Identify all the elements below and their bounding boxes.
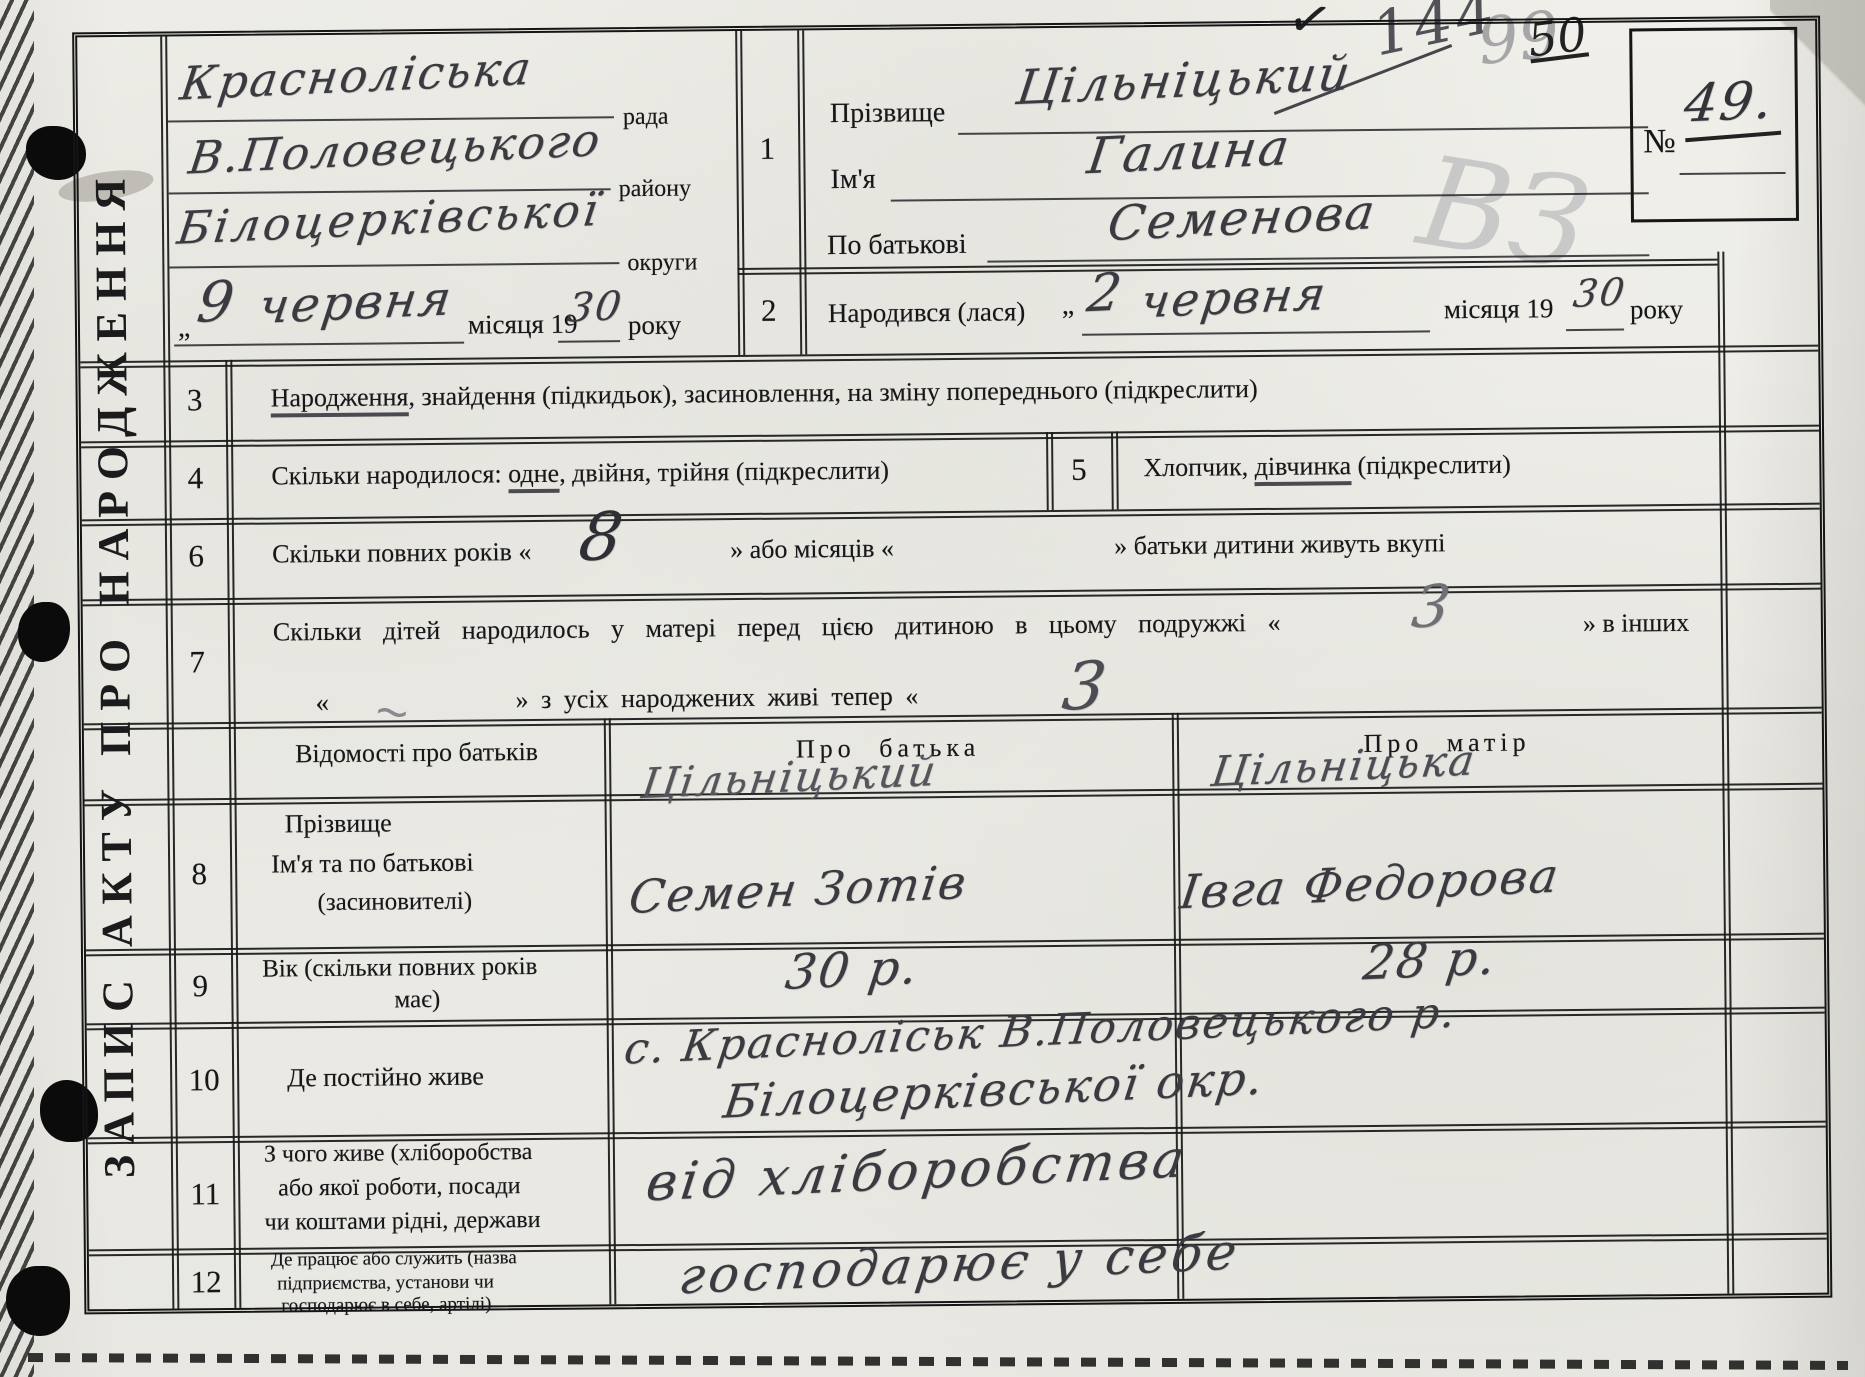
month-19-label: місяця 19 (1444, 293, 1554, 325)
district-entry: В.Половецького (186, 113, 605, 184)
row11-label-line3: чи коштами рідні, держави (264, 1207, 540, 1237)
row7-alive-now-label: » з усіх народжених живі тепер « (515, 681, 918, 715)
row6-live-together-label: » батьки дитини живуть вкупі (1114, 528, 1446, 561)
rule-line (84, 783, 1822, 807)
council-label: рада (623, 104, 669, 131)
perforated-bottom-edge (28, 1353, 1848, 1370)
write-line (1082, 330, 1430, 335)
write-line (174, 342, 464, 347)
month-19-label: місяця 19 (468, 309, 578, 341)
row1-number: 1 (736, 130, 798, 167)
rule-line (604, 718, 617, 1304)
rule-line (82, 503, 1820, 527)
children-this-marriage-entry: 3 (1408, 571, 1456, 641)
rule-line (1717, 252, 1734, 1294)
row12-label-line3: господарює в себе, артілі) (281, 1293, 491, 1317)
livelihood-entry: від хліборобства (643, 1129, 1192, 1213)
row8-label-line1: Прізвище (285, 808, 392, 839)
row8-label-line2: Ім'я та по батькові (271, 848, 474, 880)
parents-info-header: Відомості про батьків (229, 736, 604, 770)
row9-number: 9 (169, 968, 231, 1005)
row12-label-line2: підприємства, установи чи (277, 1271, 494, 1295)
write-line (1680, 172, 1786, 175)
born-label: Народився (лася) (828, 296, 1026, 329)
row6-years-label: Скільки повних років « (272, 537, 532, 569)
row11-number: 11 (171, 1176, 239, 1213)
underlined-girl: дівчинка (1255, 451, 1352, 486)
row12-number: 12 (172, 1264, 240, 1301)
registration-day-entry: 9 (193, 269, 239, 336)
form-side-title: ЗАПИС АКТУ ПРО НАРОДЖЕННЯ (83, 37, 167, 1310)
row7-number: 7 (166, 644, 228, 681)
row11-label-line1: З чого живе (хліборобства (264, 1139, 533, 1169)
registration-month-entry: червня (256, 270, 457, 335)
open-guillemet: « (315, 687, 329, 718)
years-married-entry: 8 (575, 497, 629, 576)
patronymic-label: По батькові (827, 229, 967, 262)
underlined-single-birth: одне (508, 459, 559, 493)
father-name-entry: Семен Зотів (626, 855, 971, 924)
scanned-birth-record-page: ✓ 144 99 50 ВЗ ЗАПИС АКТУ ПРО НАРОДЖЕННЯ… (0, 0, 1865, 1377)
row4-number: 4 (164, 460, 226, 497)
row4-rest: , двійня, трійня (підкреслити) (559, 456, 889, 488)
row4-prefix: Скільки народилося: (271, 459, 508, 490)
form-frame: ЗАПИС АКТУ ПРО НАРОДЖЕННЯ Красноліська р… (72, 16, 1832, 1315)
village-council-entry: Красноліська (177, 41, 536, 111)
pencil-dash-entry: ∼ (369, 683, 415, 740)
rule-line (83, 583, 1821, 607)
row10-label: Де постійно живе (287, 1062, 484, 1094)
row8-label-line3: (засиновителі) (317, 888, 472, 917)
rule-line (225, 360, 241, 1308)
row11-label-line2: або якої роботи, посади (278, 1173, 521, 1202)
row6-months-label: » або місяців « (730, 534, 894, 566)
act-number-box: № 49. (1629, 27, 1799, 223)
row5-number: 5 (1046, 451, 1111, 488)
row3-number: 3 (163, 382, 225, 419)
mother-name-entry: Івга Федорова (1177, 849, 1564, 921)
surname-entry: Цільніцький (1013, 45, 1355, 116)
given-name-label: Ім'я (830, 164, 875, 196)
row9-label-line2: має) (394, 986, 440, 1014)
row3-rest: , знайдення (підкидьок), засиновлення, н… (408, 374, 1258, 411)
row4-text: Скільки народилося: одне, двійня, трійня… (271, 456, 889, 492)
registration-year-entry: 30 (565, 283, 626, 331)
mother-age-entry: 28 р. (1360, 929, 1500, 991)
row5-prefix: Хлопчик, (1143, 452, 1255, 482)
birth-year-entry: 30 (1571, 270, 1629, 316)
patronymic-entry: Семенова (1105, 184, 1380, 252)
write-line (558, 340, 620, 343)
binding-stitch-edge (0, 0, 34, 1377)
row9-label-line1: Вік (скільки повних років (262, 953, 538, 984)
act-number-entry: 49. (1681, 71, 1778, 135)
district-label: району (619, 175, 692, 203)
father-age-entry: 30 р. (782, 939, 922, 1001)
row3-text: Народження, знайдення (підкидьок), засин… (271, 374, 1258, 413)
act-number-label: № (1643, 123, 1676, 161)
underlined-birth-option: Народження (271, 382, 409, 417)
row5-rest: (підкреслити) (1351, 450, 1511, 481)
okruha-label: округи (627, 249, 697, 277)
punch-hole (6, 1266, 70, 1336)
open-quote: „ (1062, 290, 1075, 322)
punch-hole (18, 602, 70, 662)
row2-number: 2 (738, 292, 800, 329)
surname-label: Прізвище (830, 97, 946, 130)
row6-number: 6 (165, 538, 227, 575)
rule-line (81, 425, 1819, 449)
write-line (958, 126, 1648, 135)
write-line (169, 262, 619, 268)
birth-month-entry: червня (1138, 266, 1331, 328)
row12-label-line1: Де працює або служить (назва (271, 1247, 517, 1271)
birth-day-entry: 2 (1084, 263, 1127, 325)
row8-number: 8 (168, 856, 230, 893)
row7-children-before-label: Скільки дітей народилось у матері перед … (273, 608, 1281, 648)
write-line (1566, 329, 1624, 332)
rule-line (80, 345, 1818, 369)
year-label: року (628, 310, 682, 342)
rule-line (1111, 431, 1119, 509)
year-label: року (1630, 294, 1684, 326)
rule-line (86, 933, 1824, 957)
row7-in-others-label: » в інших (1583, 608, 1690, 639)
given-name-entry: Галина (1084, 118, 1294, 185)
open-quote: „ (178, 312, 191, 344)
workplace-entry: господарює у себе (676, 1223, 1244, 1306)
row5-text: Хлопчик, дівчинка (підкреслити) (1143, 450, 1511, 484)
row10-number: 10 (170, 1062, 238, 1099)
